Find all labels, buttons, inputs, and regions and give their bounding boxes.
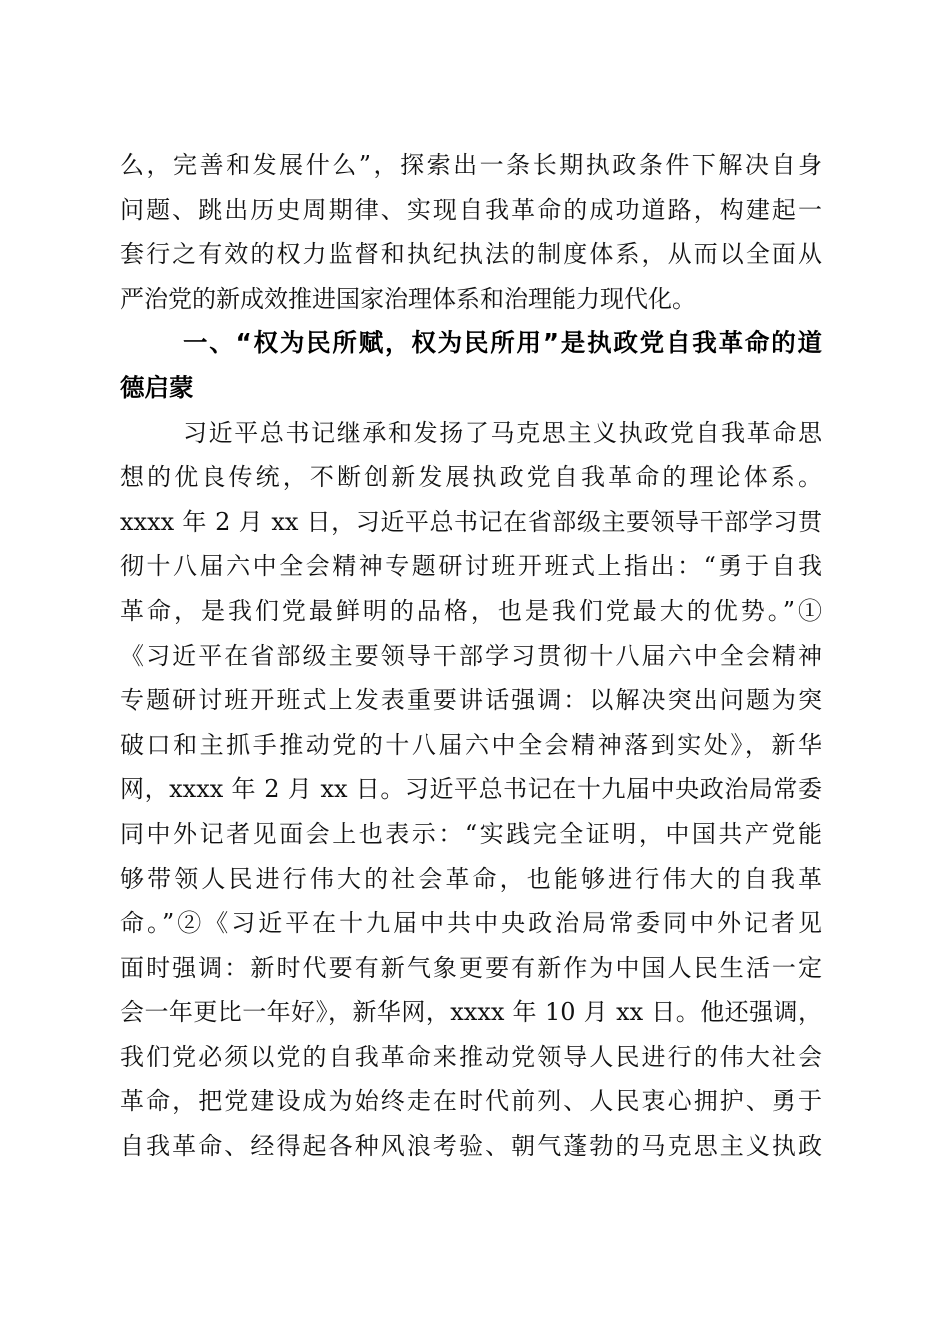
paragraph-body: 习近平总书记继承和发扬了马克思主义执政党自我革命思 想的优良传统，不断创新发展执… [120,411,822,1169]
text-line: 我们党必须以党的自我革命来推动党领导人民进行的伟大社会 [120,1035,822,1080]
text-line: 革命，把党建设成为始终走在时代前列、人民衷心拥护、勇于 [120,1079,822,1124]
text-line: xxxx 年 2 月 xx 日，习近平总书记在省部级主要领导干部学习贯 [120,500,822,545]
text-line: 想的优良传统，不断创新发展执政党自我革命的理论体系。 [120,455,822,500]
footnote-citation-line: 《习近平在省部级主要领导干部学习贯彻十八届六中全会精神 [120,634,822,679]
section-heading: 一、“权为民所赋，权为民所用”是执政党自我革命的道 德启蒙 [120,321,822,410]
document-page: 么，完善和发展什么”，探索出一条长期执政条件下解决自身 问题、跳出历史周期律、实… [0,0,950,1344]
footnote-citation-line: 面时强调：新时代要有新气象更要有新作为中国人民生活一定 [120,946,822,991]
footnote-citation-line: 破口和主抓手推动党的十八届六中全会精神落到实处》，新华 [120,723,822,768]
text-line: 自我革命、经得起各种风浪考验、朝气蓬勃的马克思主义执政 [120,1124,822,1169]
text-line: 够带领人民进行伟大的社会革命，也能够进行伟大的自我革 [120,857,822,902]
heading-line: 德启蒙 [120,366,822,411]
text-line: 么，完善和发展什么”，探索出一条长期执政条件下解决自身 [120,143,822,188]
text-line: 网，xxxx 年 2 月 xx 日。习近平总书记在十九届中央政治局常委 [120,767,822,812]
text-line: 严治党的新成效推进国家治理体系和治理能力现代化。 [120,277,822,322]
text-line: 习近平总书记继承和发扬了马克思主义执政党自我革命思 [120,411,822,456]
heading-line: 一、“权为民所赋，权为民所用”是执政党自我革命的道 [120,321,822,366]
text-line: 同中外记者见面会上也表示：“实践完全证明，中国共产党能 [120,812,822,857]
footnote-citation-line: 专题研讨班开班式上发表重要讲话强调：以解决突出问题为突 [120,678,822,723]
text-line: 革命，是我们党最鲜明的品格，也是我们党最大的优势。”① [120,589,822,634]
text-line: 彻十八届六中全会精神专题研讨班开班式上指出：“勇于自我 [120,544,822,589]
document-body: 么，完善和发展什么”，探索出一条长期执政条件下解决自身 问题、跳出历史周期律、实… [120,143,822,1169]
text-line: 套行之有效的权力监督和执纪执法的制度体系，从而以全面从 [120,232,822,277]
text-line: 命。”②《习近平在十九届中共中央政治局常委同中外记者见 [120,901,822,946]
text-line: 问题、跳出历史周期律、实现自我革命的成功道路，构建起一 [120,188,822,233]
footnote-citation-line: 会一年更比一年好》，新华网，xxxx 年 10 月 xx 日。他还强调， [120,990,822,1035]
paragraph-continuation: 么，完善和发展什么”，探索出一条长期执政条件下解决自身 问题、跳出历史周期律、实… [120,143,822,321]
